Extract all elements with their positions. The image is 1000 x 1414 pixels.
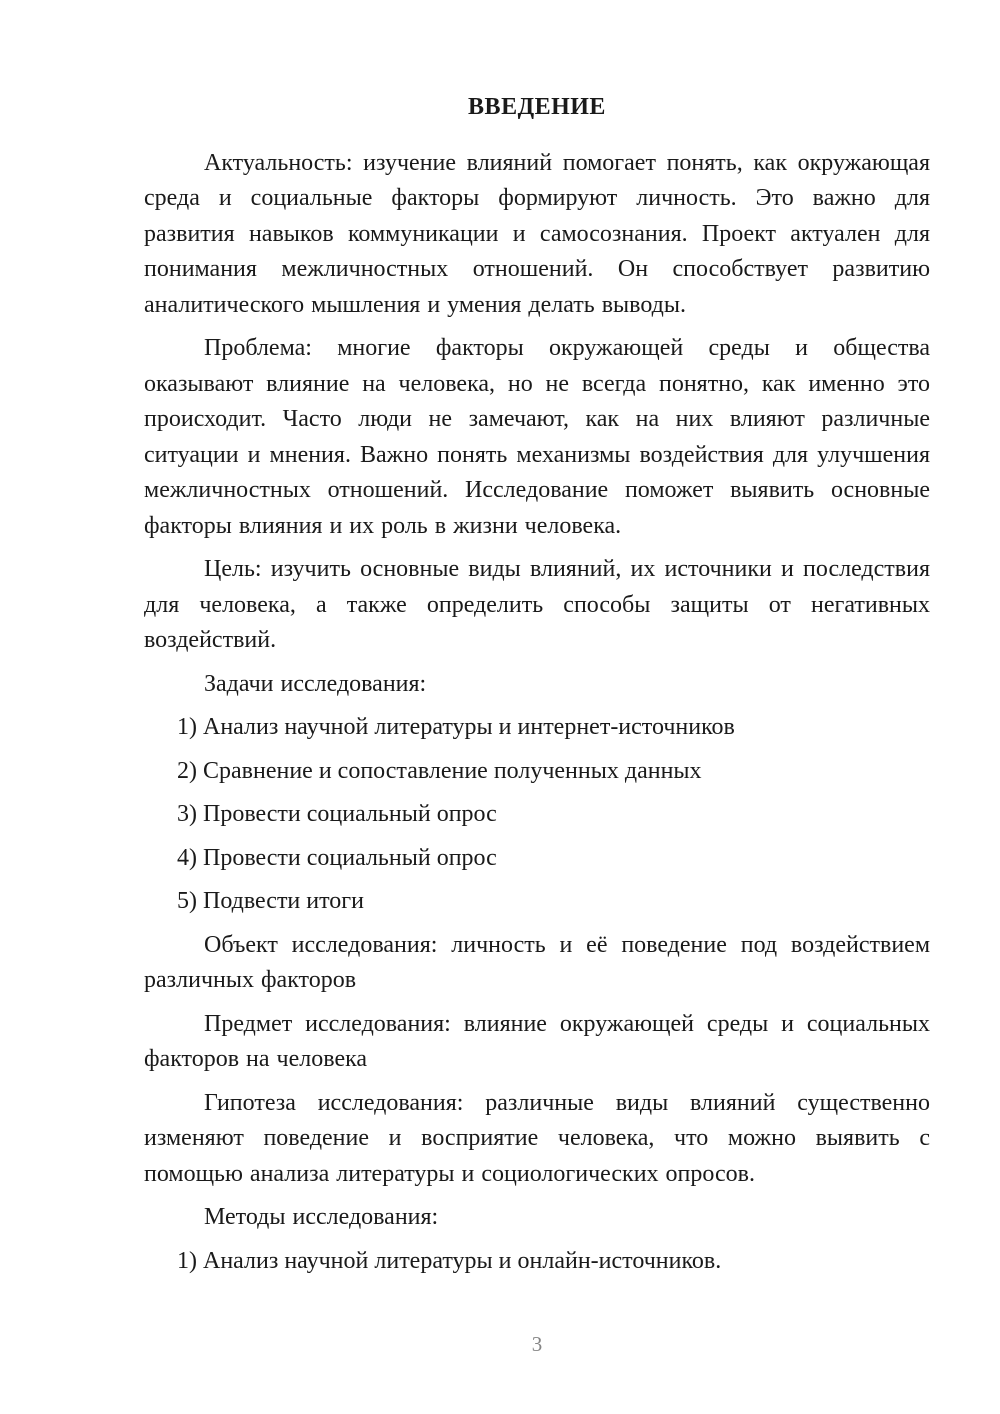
list-item: 3) Провести социальный опрос	[177, 797, 930, 833]
paragraph-object: Объект исследования: личность и её повед…	[144, 928, 930, 999]
list-item: 1) Анализ научной литературы и онлайн-ис…	[177, 1244, 930, 1280]
list-item: 2) Сравнение и сопоставление полученных …	[177, 754, 930, 790]
list-item: 1) Анализ научной литературы и интернет-…	[177, 710, 930, 746]
page-title: ВВЕДЕНИЕ	[144, 90, 930, 126]
document-page: ВВЕДЕНИЕ Актуальность: изучение влияний …	[0, 0, 1000, 1414]
paragraph-problem: Проблема: многие факторы окружающей сред…	[144, 331, 930, 544]
list-item: 4) Провести социальный опрос	[177, 841, 930, 877]
paragraph-subject: Предмет исследования: влияние окружающей…	[144, 1007, 930, 1078]
paragraph-relevance: Актуальность: изучение влияний помогает …	[144, 146, 930, 324]
section-label-tasks: Задачи исследования:	[144, 667, 930, 703]
section-label-methods: Методы исследования:	[144, 1200, 930, 1236]
paragraph-hypothesis: Гипотеза исследования: различные виды вл…	[144, 1086, 930, 1193]
page-number: 3	[144, 1332, 930, 1356]
paragraph-goal: Цель: изучить основные виды влияний, их …	[144, 552, 930, 659]
list-item: 5) Подвести итоги	[177, 884, 930, 920]
